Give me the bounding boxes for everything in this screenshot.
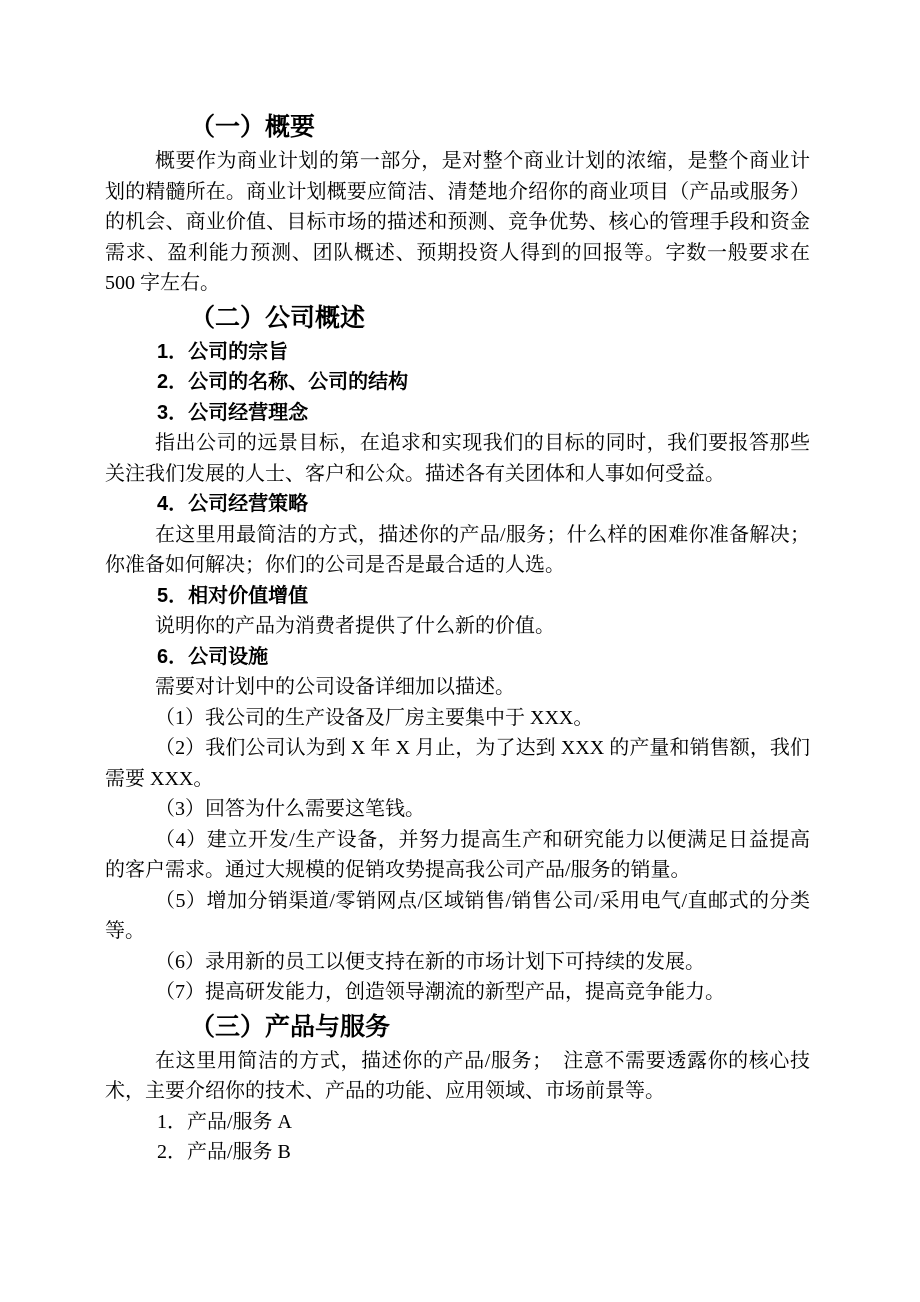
paragraph-strategy-description: 在这里用最简洁的方式，描述你的产品/服务；什么样的困难你准备解决；你准备如何解决… xyxy=(105,520,810,581)
paragraph-value-description: 说明你的产品为消费者提供了什么新的价值。 xyxy=(105,611,810,642)
numbered-item-business-philosophy: 3．公司经营理念 xyxy=(105,398,810,429)
paragraph-facility-point-4: （4）建立开发/生产设备，并努力提高生产和研究能力以便满足日益提高的客户需求。通… xyxy=(105,825,810,886)
list-item-product-b: 2．产品/服务 B xyxy=(105,1137,810,1168)
numbered-item-company-purpose: 1．公司的宗旨 xyxy=(105,337,810,368)
paragraph-facility-point-7: （7）提高研发能力，创造领导潮流的新型产品，提高竞争能力。 xyxy=(105,977,810,1008)
section-heading-company-overview: （二）公司概述 xyxy=(105,299,810,337)
section-heading-products-services: （三）产品与服务 xyxy=(105,1008,810,1046)
numbered-item-company-facilities: 6．公司设施 xyxy=(105,642,810,673)
paragraph-summary: 概要作为商业计划的第一部分，是对整个商业计划的浓缩，是整个商业计划的精髓所在。商… xyxy=(105,146,810,299)
section-heading-summary: （一）概要 xyxy=(105,108,810,146)
paragraph-facilities-intro: 需要对计划中的公司设备详细加以描述。 xyxy=(105,672,810,703)
paragraph-facility-point-2: （2）我们公司认为到 X 年 X 月止，为了达到 XXX 的产量和销售额，我们需… xyxy=(105,733,810,794)
document-page: （一）概要 概要作为商业计划的第一部分，是对整个商业计划的浓缩，是整个商业计划的… xyxy=(0,0,920,1302)
paragraph-vision-goals: 指出公司的远景目标，在追求和实现我们的目标的同时，我们要报答那些关注我们发展的人… xyxy=(105,428,810,489)
paragraph-facility-point-1: （1）我公司的生产设备及厂房主要集中于 XXX。 xyxy=(105,703,810,734)
list-item-product-a: 1．产品/服务 A xyxy=(105,1107,810,1138)
paragraph-facility-point-5: （5）增加分销渠道/零销网点/区域销售/销售公司/采用电气/直邮式的分类等。 xyxy=(105,886,810,947)
paragraph-facility-point-3: （3）回答为什么需要这笔钱。 xyxy=(105,794,810,825)
paragraph-products-intro: 在这里用简洁的方式，描述你的产品/服务； 注意不需要透露你的核心技术，主要介绍你… xyxy=(105,1046,810,1107)
numbered-item-relative-value: 5．相对价值增值 xyxy=(105,581,810,612)
paragraph-facility-point-6: （6）录用新的员工以便支持在新的市场计划下可持续的发展。 xyxy=(105,947,810,978)
numbered-item-business-strategy: 4．公司经营策略 xyxy=(105,489,810,520)
numbered-item-company-name: 2．公司的名称、公司的结构 xyxy=(105,367,810,398)
